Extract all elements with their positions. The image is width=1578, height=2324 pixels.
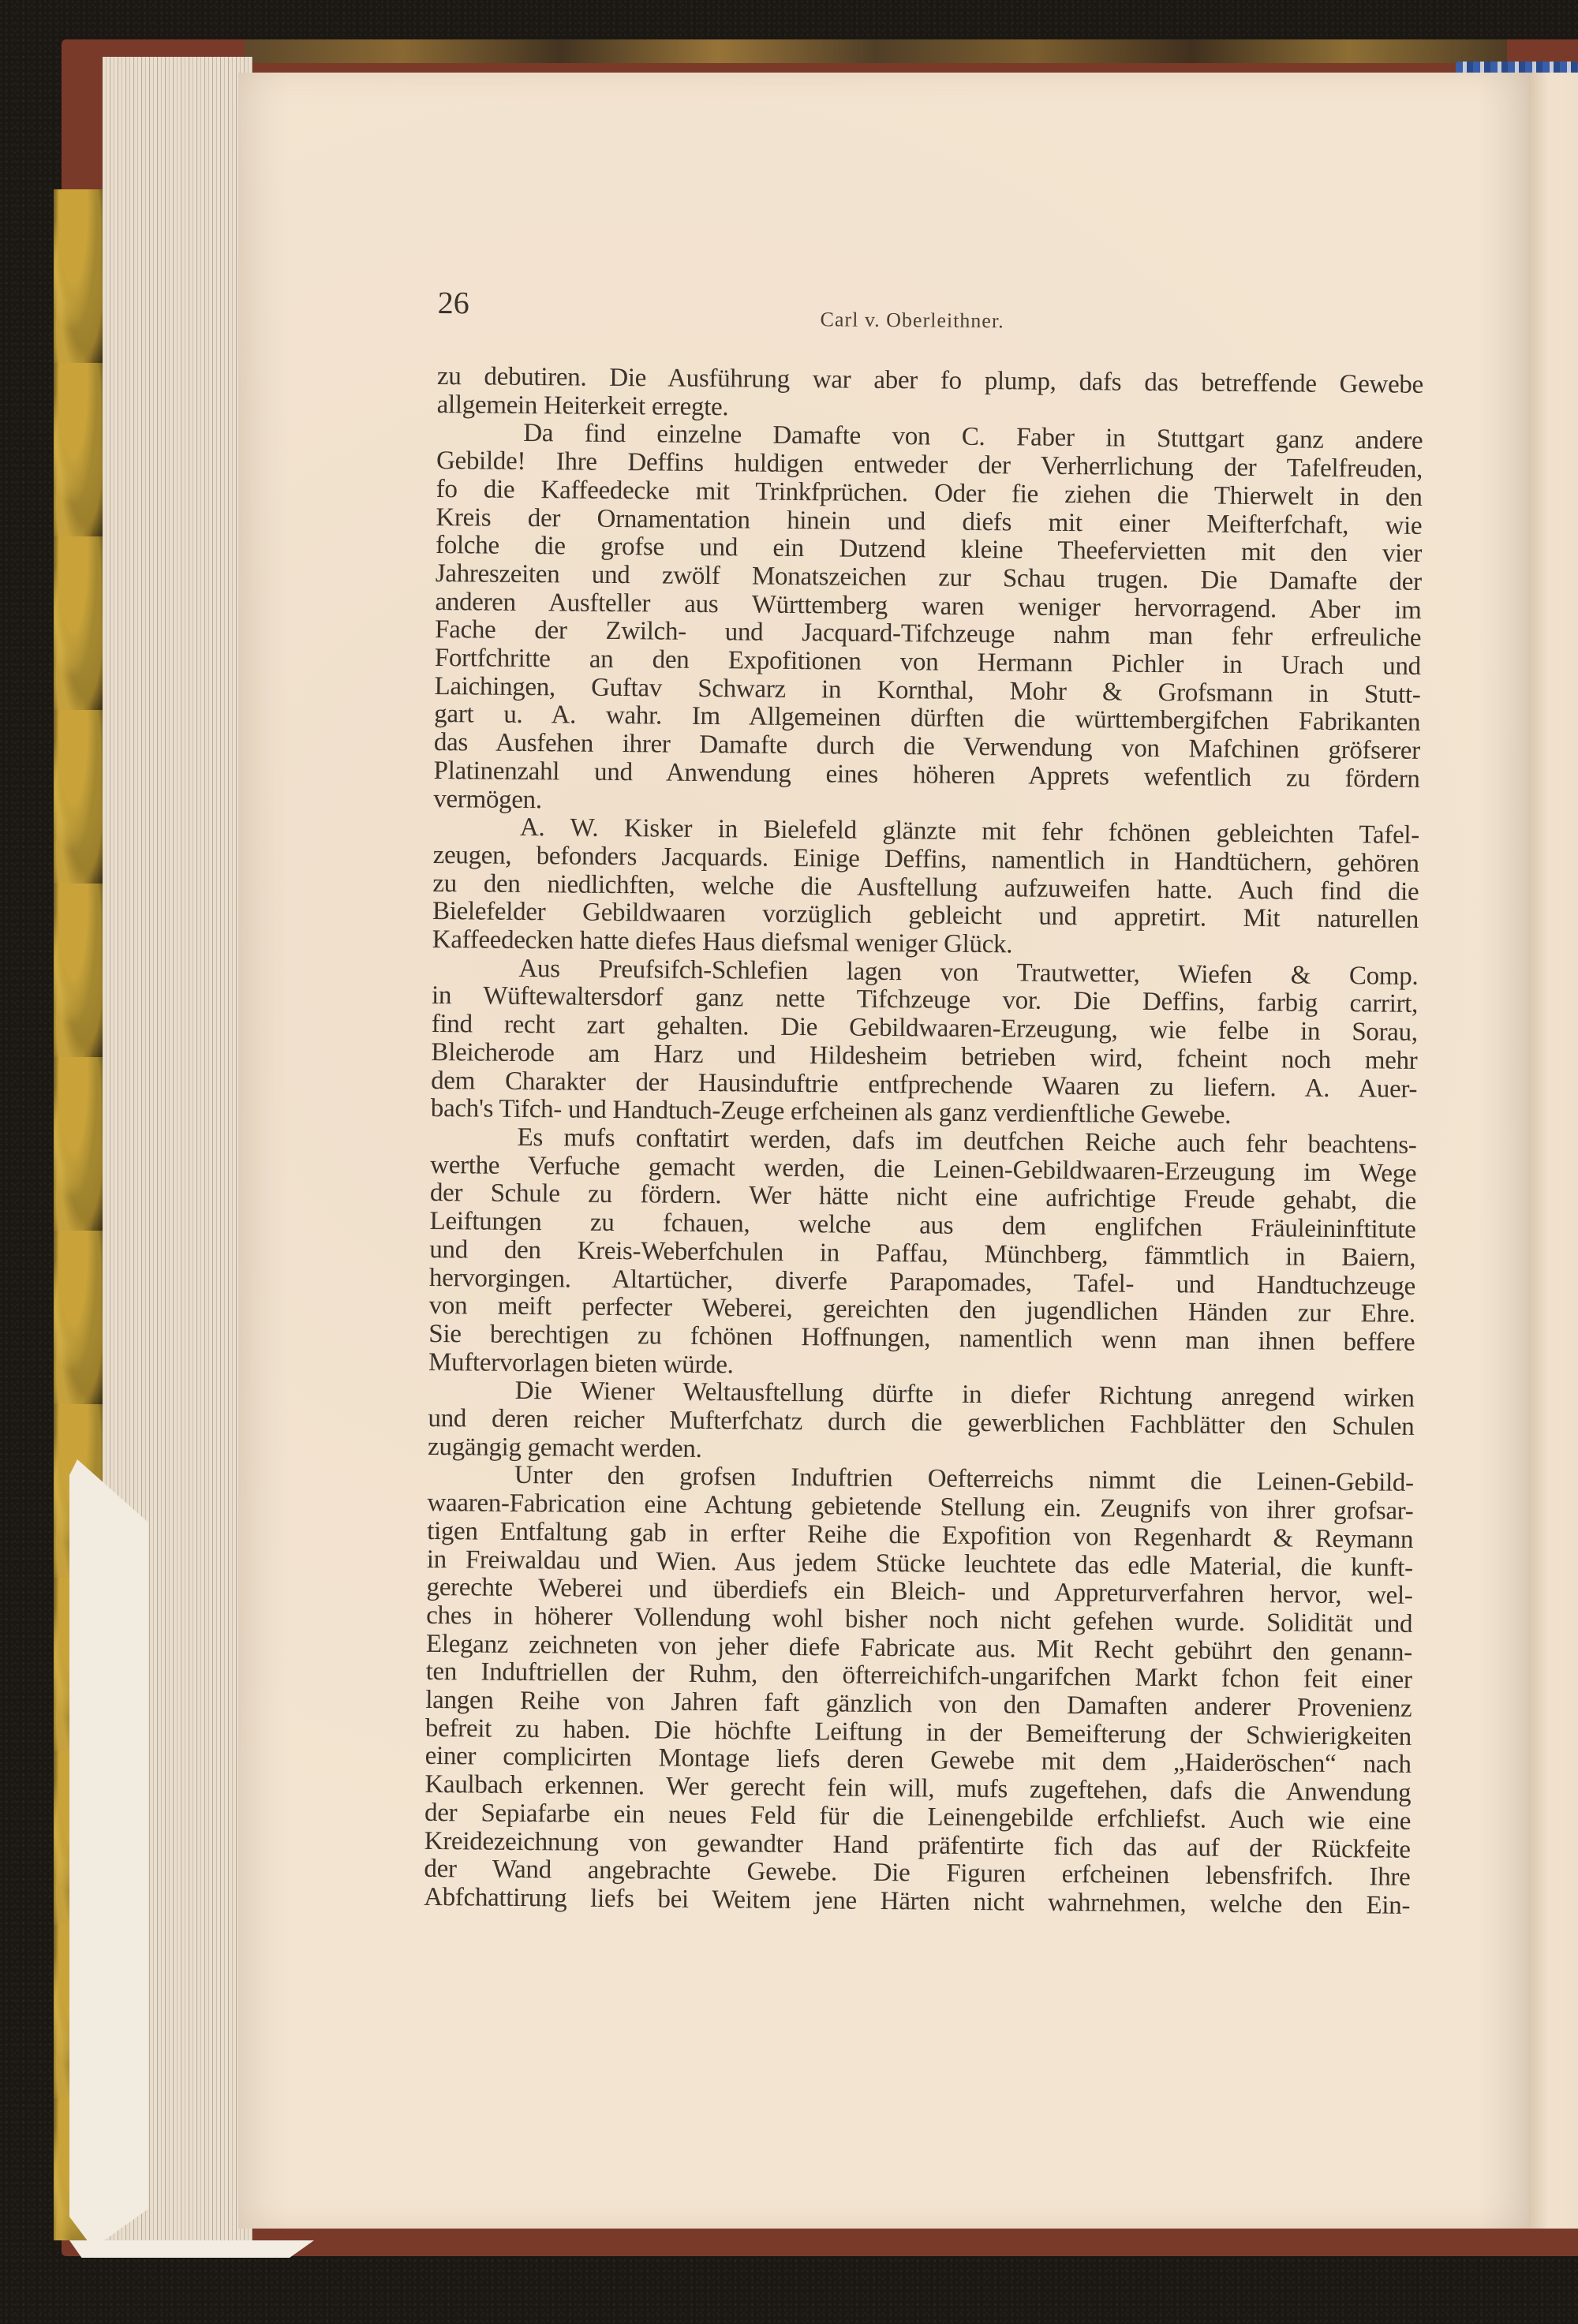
torn-flyleaf-bottom bbox=[69, 2240, 314, 2258]
torn-flyleaf bbox=[69, 1459, 148, 2248]
running-head-title: Carl v. Oberleithner. bbox=[820, 308, 1004, 333]
paragraph: Aus Preufsifch-Schlefien lagen von Traut… bbox=[431, 955, 1419, 1132]
facing-page-edge bbox=[1529, 73, 1578, 2229]
paragraph: Die Wiener Weltausftellung dürfte in die… bbox=[428, 1377, 1415, 1470]
body-text: zu debutiren. Die Ausführung war aber fo… bbox=[424, 363, 1423, 1921]
paragraph: zu debutiren. Die Ausführung war aber fo… bbox=[437, 363, 1424, 428]
paragraph: Da find einzelne Damafte von C. Faber in… bbox=[433, 419, 1423, 822]
marbled-board-top bbox=[245, 39, 1507, 63]
paragraph: A. W. Kisker in Bielefeld glänzte mit fe… bbox=[432, 813, 1420, 962]
running-head: 26 Carl v. Oberleithner. bbox=[437, 284, 1424, 364]
paragraph: Unter den grofsen Induftrien Oefterreich… bbox=[424, 1461, 1414, 1920]
page-text-block: 26 Carl v. Oberleithner. zu debutiren. D… bbox=[424, 284, 1424, 1921]
page-number: 26 bbox=[438, 284, 469, 321]
paragraph: Es mufs conftatirt werden, dafs im deutf… bbox=[428, 1123, 1417, 1385]
